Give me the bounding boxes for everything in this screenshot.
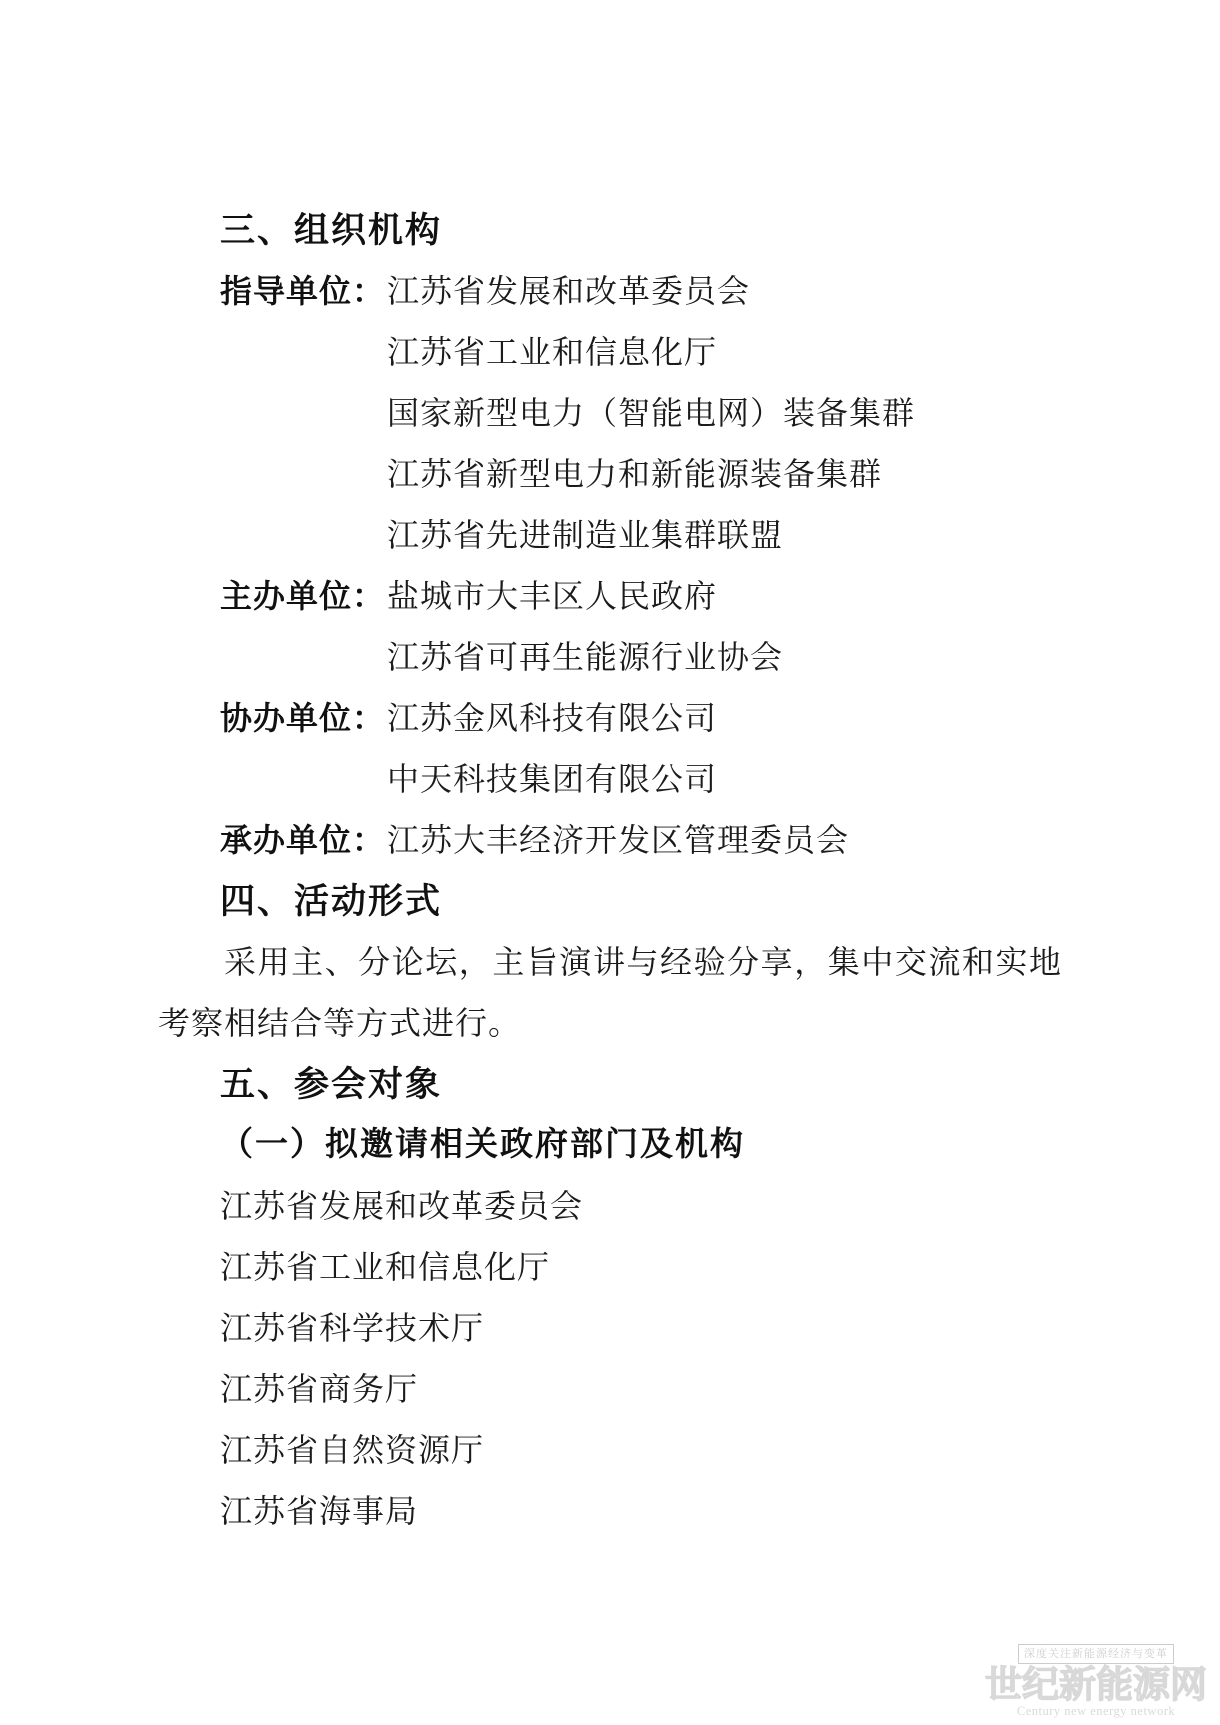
- document-page: 三、组织机构 指导单位： 江苏省发展和改革委员会 江苏省工业和信息化厅 国家新型…: [0, 0, 1220, 1725]
- org-group-host: 主办单位： 盐城市大丰区人民政府: [158, 566, 1062, 627]
- org-value: 江苏省发展和改革委员会: [387, 261, 750, 322]
- participants-subheading: （一）拟邀请相关政府部门及机构: [158, 1115, 1062, 1176]
- participant-item: 江苏省自然资源厅: [158, 1420, 1062, 1481]
- org-value: 江苏省工业和信息化厅: [387, 322, 717, 383]
- org-value: 江苏省可再生能源行业协会: [387, 627, 783, 688]
- org-value: 江苏省先进制造业集群联盟: [387, 505, 783, 566]
- participant-item: 江苏省发展和改革委员会: [158, 1176, 1062, 1237]
- org-label-host: 主办单位：: [220, 566, 387, 627]
- org-label-undertaker: 承办单位：: [220, 810, 387, 871]
- site-watermark: 深度关注新能源经济与变革 世纪新能源网 Century new energy n…: [980, 1644, 1212, 1719]
- participant-item: 江苏省海事局: [158, 1481, 1062, 1542]
- org-label-coorganizer: 协办单位：: [220, 688, 387, 749]
- watermark-caption: Century new energy network: [980, 1704, 1212, 1719]
- org-group-coorganizer-cont: 中天科技集团有限公司: [158, 749, 1062, 810]
- org-group-host-cont: 江苏省可再生能源行业协会: [158, 627, 1062, 688]
- org-group-coorganizer: 协办单位： 江苏金风科技有限公司: [158, 688, 1062, 749]
- watermark-slogan: 深度关注新能源经济与变革: [1018, 1644, 1174, 1664]
- org-label-guidance: 指导单位：: [220, 261, 387, 322]
- activity-paragraph-line: 考察相结合等方式进行。: [158, 993, 1062, 1054]
- document-content: 三、组织机构 指导单位： 江苏省发展和改革委员会 江苏省工业和信息化厅 国家新型…: [158, 200, 1062, 1542]
- org-value: 江苏金风科技有限公司: [387, 688, 717, 749]
- watermark-brand-logo: 世纪新能源网: [980, 1666, 1212, 1704]
- org-value: 盐城市大丰区人民政府: [387, 566, 717, 627]
- org-value: 江苏省新型电力和新能源装备集群: [387, 444, 882, 505]
- participant-item: 江苏省工业和信息化厅: [158, 1237, 1062, 1298]
- org-value: 江苏大丰经济开发区管理委员会: [387, 810, 849, 871]
- section-heading-participants: 五、参会对象: [158, 1054, 1062, 1115]
- section-heading-organization: 三、组织机构: [158, 200, 1062, 261]
- section-heading-activity: 四、活动形式: [158, 871, 1062, 932]
- org-group-undertaker: 承办单位： 江苏大丰经济开发区管理委员会: [158, 810, 1062, 871]
- org-value: 国家新型电力（智能电网）装备集群: [387, 383, 915, 444]
- participant-item: 江苏省商务厅: [158, 1359, 1062, 1420]
- org-group-guidance: 指导单位： 江苏省发展和改革委员会: [158, 261, 1062, 322]
- org-group-guidance-cont: 江苏省工业和信息化厅: [158, 322, 1062, 383]
- org-group-guidance-cont: 江苏省先进制造业集群联盟: [158, 505, 1062, 566]
- org-value: 中天科技集团有限公司: [387, 749, 717, 810]
- participant-item: 江苏省科学技术厅: [158, 1298, 1062, 1359]
- org-group-guidance-cont: 国家新型电力（智能电网）装备集群: [158, 383, 1062, 444]
- org-group-guidance-cont: 江苏省新型电力和新能源装备集群: [158, 444, 1062, 505]
- activity-paragraph-line: 采用主、分论坛，主旨演讲与经验分享，集中交流和实地: [158, 932, 1062, 993]
